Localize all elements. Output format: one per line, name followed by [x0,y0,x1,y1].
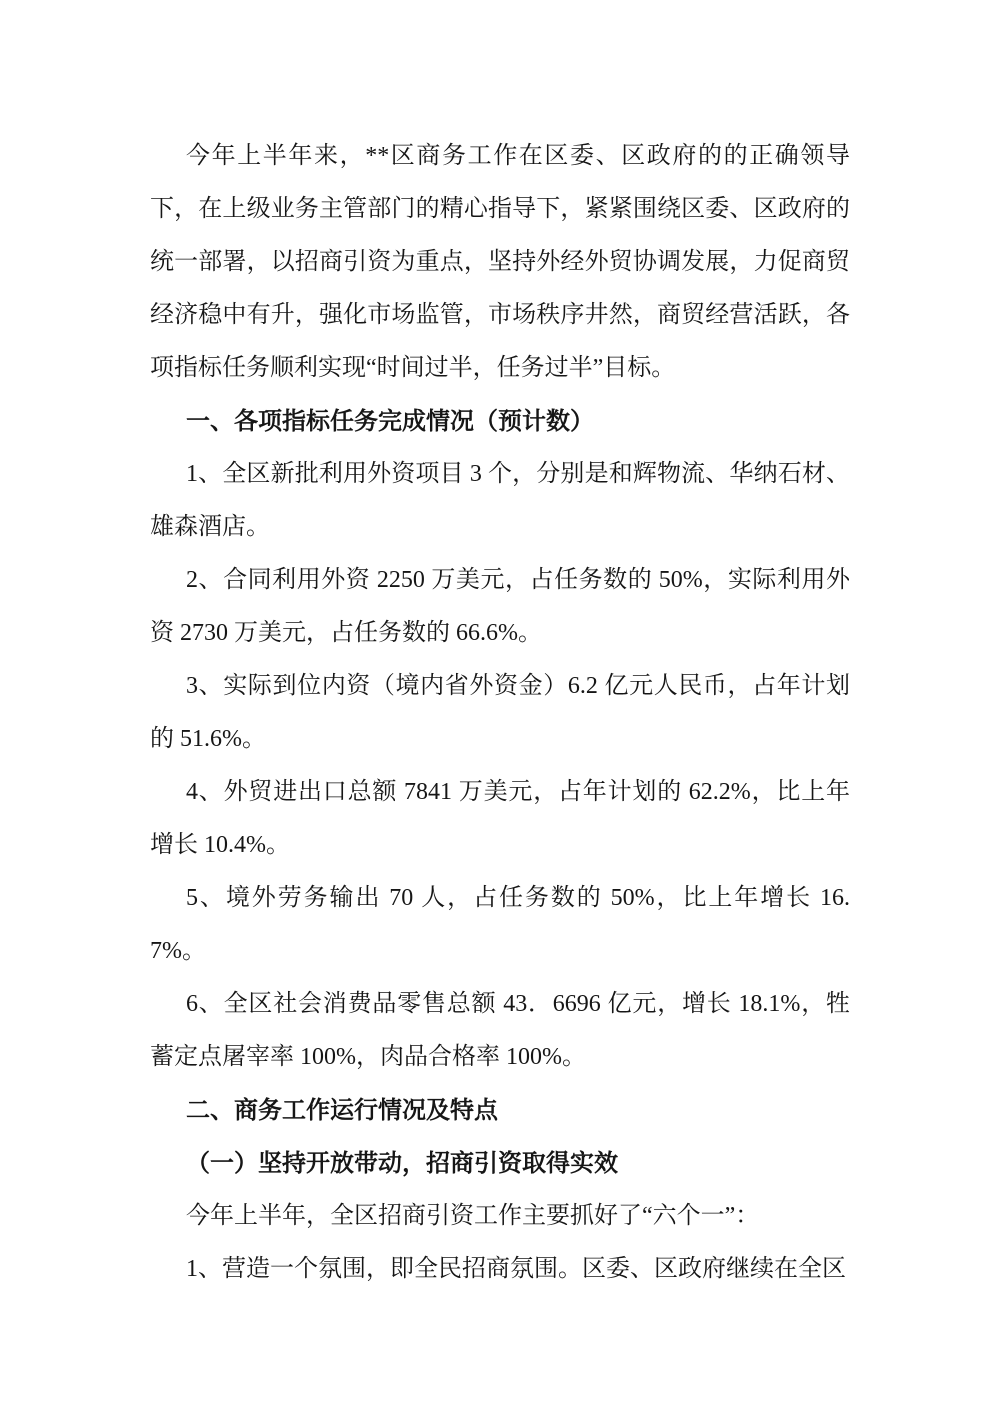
list-item-5-overseas-labor: 5、境外劳务输出 70 人，占任务数的 50%，比上年增长 16.7%。 [150,872,850,978]
heading-subsection-2-1: （一）坚持开放带动，招商引资取得实效 [150,1137,850,1190]
paragraph-six-ones-intro: 今年上半年，全区招商引资工作主要抓好了“六个一”： [150,1190,850,1243]
list-item-4-import-export-total: 4、外贸进出口总额 7841 万美元，占年计划的 62.2%，比上年增长 10.… [150,766,850,872]
list-item-3-domestic-capital: 3、实际到位内资（境内省外资金）6.2 亿元人民币，占年计划的 51.6%。 [150,660,850,766]
document-text-block: 今年上半年来，**区商务工作在区委、区政府的的正确领导下，在上级业务主管部门的精… [150,130,850,1296]
paragraph-atmosphere-item: 1、营造一个氛围，即全民招商氛围。区委、区政府继续在全区 [150,1243,850,1296]
heading-section-2: 二、商务工作运行情况及特点 [150,1084,850,1137]
document-page: 今年上半年来，**区商务工作在区委、区政府的的正确领导下，在上级业务主管部门的精… [0,0,1000,1415]
paragraph-intro: 今年上半年来，**区商务工作在区委、区政府的的正确领导下，在上级业务主管部门的精… [150,130,850,395]
list-item-1-new-foreign-projects: 1、全区新批利用外资项目 3 个，分别是和辉物流、华纳石材、雄森酒店。 [150,448,850,554]
list-item-6-retail-sales: 6、全区社会消费品零售总额 43．6696 亿元，增长 18.1%，牲蓄定点屠宰… [150,978,850,1084]
heading-section-1: 一、各项指标任务完成情况（预计数） [150,395,850,448]
list-item-2-contracted-foreign-capital: 2、合同利用外资 2250 万美元，占任务数的 50%，实际利用外资 2730 … [150,554,850,660]
